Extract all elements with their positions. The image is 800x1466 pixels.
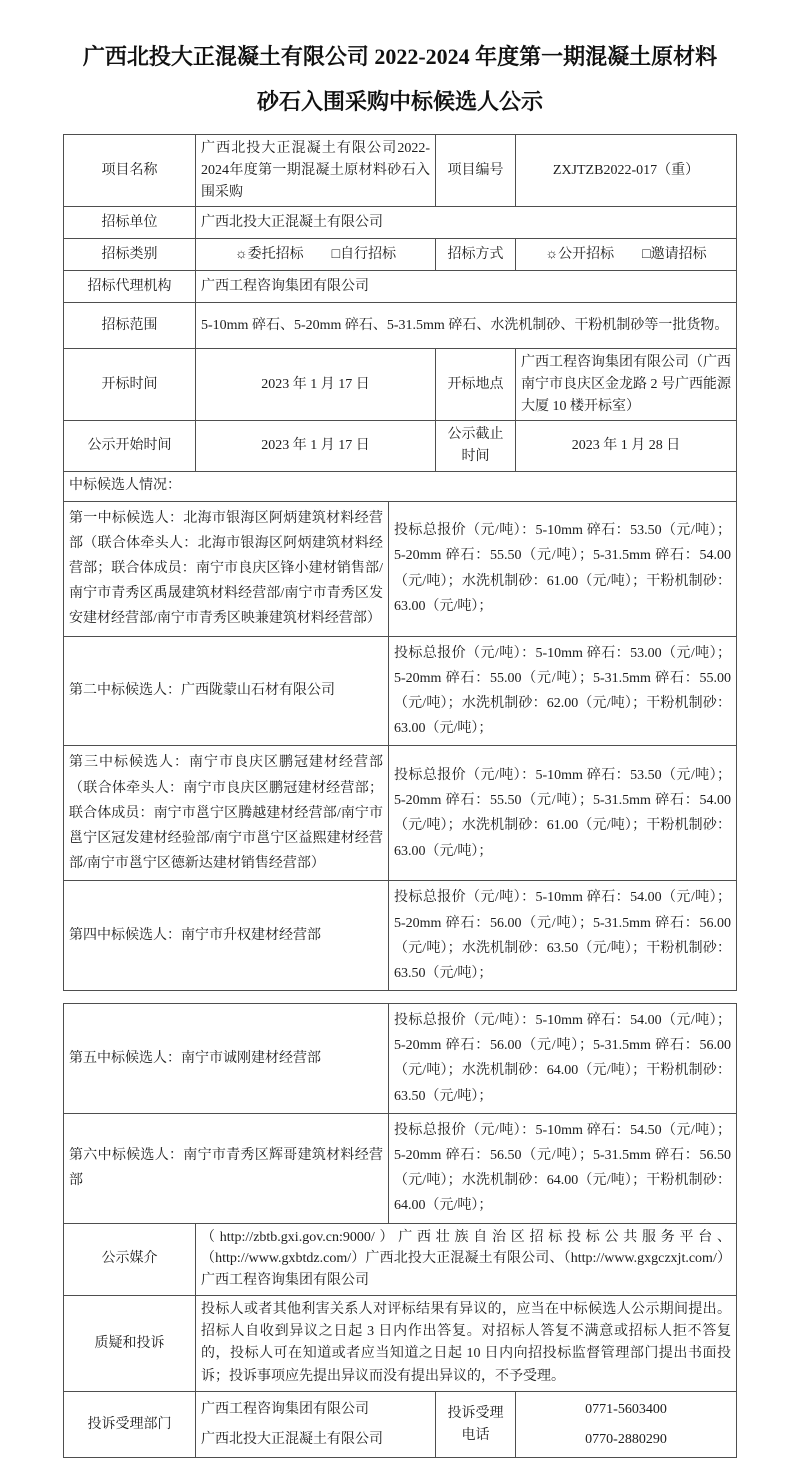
publicity-end-label: 公示截止时间	[436, 421, 516, 470]
publicity-start-label: 公示开始时间	[64, 421, 196, 470]
candidate-row-2: 第二中标候选人：广西陇蒙山石材有限公司 投标总报价（元/吨）：5-10mm 碎石…	[64, 637, 736, 747]
row-tender-category: 招标类别 ☼委托招标 □自行招标 招标方式 ☼公开招标 □邀请招标	[64, 239, 736, 271]
candidate-row-3: 第三中标候选人：南宁市良庆区鹏冠建材经营部（联合体牵头人：南宁市良庆区鹏冠建材经…	[64, 746, 736, 881]
complaint-dept-line1: 广西工程咨询集团有限公司	[201, 1395, 383, 1424]
open-time-label: 开标时间	[64, 349, 196, 420]
candidate-2-name: 第二中标候选人：广西陇蒙山石材有限公司	[64, 637, 389, 746]
candidate-row-4: 第四中标候选人：南宁市升权建材经营部 投标总报价（元/吨）：5-10mm 碎石：…	[64, 881, 736, 990]
row-tender-unit: 招标单位 广西北投大正混凝土有限公司	[64, 207, 736, 239]
complaint-phone-label: 投诉受理电话	[436, 1392, 516, 1457]
complaint-phone-line1: 0771-5603400	[585, 1395, 667, 1424]
candidate-3-name: 第三中标候选人：南宁市良庆区鹏冠建材经营部（联合体牵头人：南宁市良庆区鹏冠建材经…	[64, 746, 389, 880]
row-objection: 质疑和投诉 投标人或者其他利害关系人对评标结果有异议的，应当在中标候选人公示期间…	[64, 1296, 736, 1393]
tender-unit-label: 招标单位	[64, 207, 196, 238]
row-agency: 招标代理机构 广西工程咨询集团有限公司	[64, 271, 736, 303]
row-publicity: 公示开始时间 2023 年 1 月 17 日 公示截止时间 2023 年 1 月…	[64, 421, 736, 471]
row-scope: 招标范围 5-10mm 碎石、5-20mm 碎石、5-31.5mm 碎石、水洗机…	[64, 303, 736, 349]
agency-value: 广西工程咨询集团有限公司	[196, 271, 736, 302]
tender-unit-value: 广西北投大正混凝土有限公司	[196, 207, 736, 238]
candidate-4-name: 第四中标候选人：南宁市升权建材经营部	[64, 881, 389, 990]
row-project-name: 项目名称 广西北投大正混凝土有限公司2022-2024年度第一期混凝土原材料砂石…	[64, 135, 736, 207]
project-name-value: 广西北投大正混凝土有限公司2022-2024年度第一期混凝土原材料砂石入围采购	[196, 135, 436, 206]
objection-value: 投标人或者其他利害关系人对评标结果有异议的，应当在中标候选人公示期间提出。招标人…	[196, 1296, 736, 1392]
complaint-dept-value: 广西工程咨询集团有限公司 广西北投大正混凝土有限公司	[196, 1392, 436, 1457]
candidate-3-bid: 投标总报价（元/吨）：5-10mm 碎石：53.50（元/吨）；5-20mm 碎…	[389, 746, 736, 880]
candidate-4-bid: 投标总报价（元/吨）：5-10mm 碎石：54.00（元/吨）；5-20mm 碎…	[389, 881, 736, 990]
open-time-value: 2023 年 1 月 17 日	[196, 349, 436, 420]
candidate-6-name: 第六中标候选人：南宁市青秀区辉哥建筑材料经营部	[64, 1114, 389, 1223]
page-title-line1: 广西北投大正混凝土有限公司 2022-2024 年度第一期混凝土原材料	[83, 44, 717, 69]
candidate-5-bid: 投标总报价（元/吨）：5-10mm 碎石：54.00（元/吨）；5-20mm 碎…	[389, 1004, 736, 1113]
open-place-value: 广西工程咨询集团有限公司（广西南宁市良庆区金龙路 2 号广西能源大厦 10 楼开…	[516, 349, 736, 420]
project-code-label: 项目编号	[436, 135, 516, 206]
candidate-row-6: 第六中标候选人：南宁市青秀区辉哥建筑材料经营部 投标总报价（元/吨）：5-10m…	[64, 1114, 736, 1224]
open-place-label: 开标地点	[436, 349, 516, 420]
candidate-2-bid: 投标总报价（元/吨）：5-10mm 碎石：53.00（元/吨）；5-20mm 碎…	[389, 637, 736, 746]
tender-category-label: 招标类别	[64, 239, 196, 270]
document-page: 广西北投大正混凝土有限公司 2022-2024 年度第一期混凝土原材料 砂石入围…	[63, 34, 737, 1458]
tender-category-options: ☼委托招标 □自行招标	[196, 239, 436, 270]
publicity-start-value: 2023 年 1 月 17 日	[196, 421, 436, 470]
candidate-row-5: 第五中标候选人：南宁市诚刚建材经营部 投标总报价（元/吨）：5-10mm 碎石：…	[64, 1004, 736, 1114]
candidate-1-name: 第一中标候选人：北海市银海区阿炳建筑材料经营部（联合体牵头人：北海市银海区阿炳建…	[64, 502, 389, 636]
row-complaint-dept: 投诉受理部门 广西工程咨询集团有限公司 广西北投大正混凝土有限公司 投诉受理电话…	[64, 1392, 736, 1457]
page-title-line2: 砂石入围采购中标候选人公示	[257, 89, 543, 114]
media-value: （http://zbtb.gxi.gov.cn:9000/）广西壮族自治区招标投…	[196, 1224, 736, 1295]
project-code-value: ZXJTZB2022-017（重）	[516, 135, 736, 206]
row-opening: 开标时间 2023 年 1 月 17 日 开标地点 广西工程咨询集团有限公司（广…	[64, 349, 736, 421]
media-label: 公示媒介	[64, 1224, 196, 1295]
complaint-phone-line2: 0770-2880290	[585, 1425, 667, 1454]
bid-info-table-continued: 第五中标候选人：南宁市诚刚建材经营部 投标总报价（元/吨）：5-10mm 碎石：…	[63, 1003, 737, 1458]
candidate-5-name: 第五中标候选人：南宁市诚刚建材经营部	[64, 1004, 389, 1113]
candidate-6-bid: 投标总报价（元/吨）：5-10mm 碎石：54.50（元/吨）；5-20mm 碎…	[389, 1114, 736, 1223]
candidates-section-label: 中标候选人情况：	[64, 472, 736, 501]
bid-info-table: 项目名称 广西北投大正混凝土有限公司2022-2024年度第一期混凝土原材料砂石…	[63, 134, 737, 991]
tender-method-label: 招标方式	[436, 239, 516, 270]
page-title: 广西北投大正混凝土有限公司 2022-2024 年度第一期混凝土原材料 砂石入围…	[69, 34, 731, 124]
row-publicity-media: 公示媒介 （http://zbtb.gxi.gov.cn:9000/）广西壮族自…	[64, 1224, 736, 1296]
row-candidates-header: 中标候选人情况：	[64, 472, 736, 502]
candidate-row-1: 第一中标候选人：北海市银海区阿炳建筑材料经营部（联合体牵头人：北海市银海区阿炳建…	[64, 502, 736, 637]
scope-value: 5-10mm 碎石、5-20mm 碎石、5-31.5mm 碎石、水洗机制砂、干粉…	[196, 303, 736, 348]
complaint-phone-value: 0771-5603400 0770-2880290	[516, 1392, 736, 1457]
tender-method-options: ☼公开招标 □邀请招标	[516, 239, 736, 270]
candidate-1-bid: 投标总报价（元/吨）：5-10mm 碎石：53.50（元/吨）；5-20mm 碎…	[389, 502, 736, 636]
scope-label: 招标范围	[64, 303, 196, 348]
complaint-dept-label: 投诉受理部门	[64, 1392, 196, 1457]
agency-label: 招标代理机构	[64, 271, 196, 302]
project-name-label: 项目名称	[64, 135, 196, 206]
objection-label: 质疑和投诉	[64, 1296, 196, 1392]
complaint-dept-line2: 广西北投大正混凝土有限公司	[201, 1425, 383, 1454]
publicity-end-value: 2023 年 1 月 28 日	[516, 421, 736, 470]
